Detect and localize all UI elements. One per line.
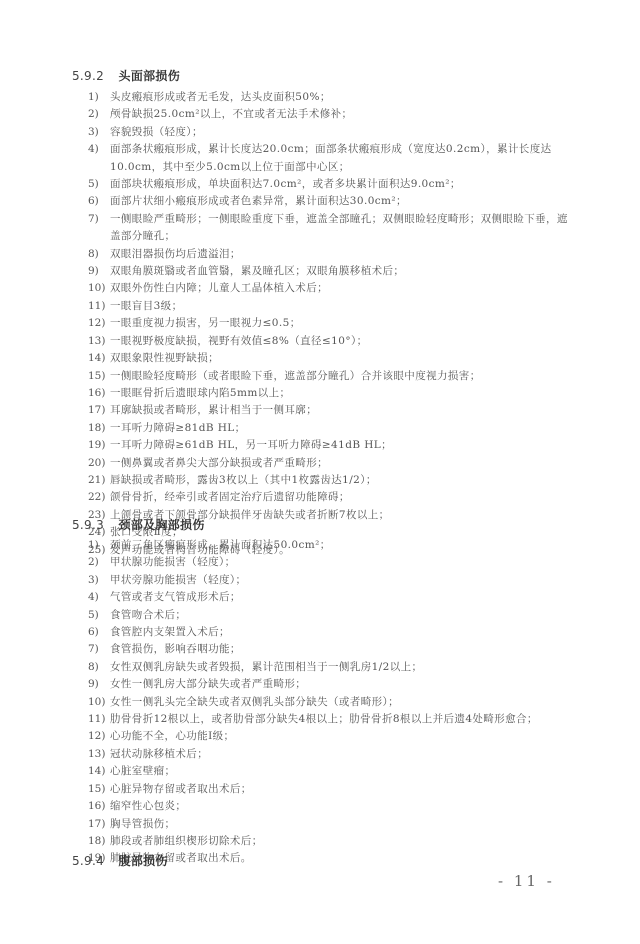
item-number: 7) [88, 641, 110, 658]
list-item: 5)面部块状瘢痕形成，单块面积达7.0cm²，或者多块累计面积达9.0cm²； [88, 176, 574, 193]
item-text: 颈前三角区瘢痕形成，累计面积达50.0cm²； [110, 537, 574, 554]
item-text: 肺脏异物存留或者取出术后。 [110, 850, 574, 867]
item-text: 一侧鼻翼或者鼻尖大部分缺损或者严重畸形； [110, 455, 574, 472]
list-item: 1)头皮瘢痕形成或者无毛发，达头皮面积50%； [88, 89, 574, 106]
item-number: 14) [88, 350, 110, 367]
item-number: 7) [88, 211, 110, 246]
section-title: 头面部损伤 [119, 69, 181, 83]
item-text: 面部块状瘢痕形成，单块面积达7.0cm²，或者多块累计面积达9.0cm²； [110, 176, 574, 193]
list-item: 13)冠状动脉移植术后； [88, 746, 574, 763]
item-text: 心脏异物存留或者取出术后； [110, 781, 574, 798]
list-item: 15)一侧眼睑轻度畸形（或者眼睑下垂，遮盖部分瞳孔）合并该眼中度视力损害； [88, 368, 574, 385]
list-item: 15)心脏异物存留或者取出术后； [88, 781, 574, 798]
list-item: 2)甲状腺功能损害（轻度）； [88, 554, 574, 571]
item-text: 女性一侧乳房大部分缺失或者严重畸形； [110, 676, 574, 693]
list-item: 6)食管腔内支架置入术后； [88, 624, 574, 641]
item-number: 19) [88, 437, 110, 454]
item-number: 9) [88, 676, 110, 693]
list-item: 3)甲状旁腺功能损害（轻度）； [88, 572, 574, 589]
item-number: 22) [88, 489, 110, 506]
section-list-5-9-2: 1)头皮瘢痕形成或者无毛发，达头皮面积50%；2)颅骨缺损25.0cm²以上，不… [88, 89, 574, 559]
list-item: 21)唇缺损或者畸形，露齿3枚以上（其中1枚露齿达1/2）； [88, 472, 574, 489]
item-number: 17) [88, 402, 110, 419]
item-number: 6) [88, 193, 110, 210]
item-number: 6) [88, 624, 110, 641]
list-item: 1)颈前三角区瘢痕形成，累计面积达50.0cm²； [88, 537, 574, 554]
list-item: 13)一眼视野极度缺损，视野有效值≤8%（直径≤10°）； [88, 333, 574, 350]
item-number: 15) [88, 368, 110, 385]
item-text: 肋骨骨折12根以上，或者肋骨部分缺失4根以上；肋骨骨折8根以上并后遗4处畸形愈合… [110, 711, 574, 728]
list-item: 8)女性双侧乳房缺失或者毁损，累计范围相当于一侧乳房1/2以上； [88, 659, 574, 676]
list-item: 7)食管损伤，影响吞咽功能； [88, 641, 574, 658]
item-number: 16) [88, 798, 110, 815]
list-item: 7)一侧眼睑严重畸形；一侧眼睑重度下垂，遮盖全部瞳孔；双侧眼睑轻度畸形；双侧眼睑… [88, 211, 574, 246]
item-number: 9) [88, 263, 110, 280]
item-number: 21) [88, 472, 110, 489]
list-item: 14)心脏室壁瘤； [88, 763, 574, 780]
item-text: 一耳听力障碍≥61dB HL，另一耳听力障碍≥41dB HL； [110, 437, 574, 454]
item-number: 14) [88, 763, 110, 780]
item-number: 11) [88, 298, 110, 315]
item-text: 女性双侧乳房缺失或者毁损，累计范围相当于一侧乳房1/2以上； [110, 659, 574, 676]
item-text: 双眼象限性视野缺损； [110, 350, 574, 367]
item-number: 10) [88, 280, 110, 297]
item-number: 10) [88, 694, 110, 711]
section-number: 5.9.2 [72, 69, 104, 83]
list-item: 17)胸导管损伤； [88, 816, 574, 833]
item-number: 12) [88, 728, 110, 745]
list-item: 22)颌骨骨折，经牵引或者固定治疗后遗留功能障碍； [88, 489, 574, 506]
list-item: 16)一眼眶骨折后遗眼球内陷5mm以上； [88, 385, 574, 402]
section-title: 颈部及胸部损伤 [119, 518, 205, 532]
list-item: 20)一侧鼻翼或者鼻尖大部分缺损或者严重畸形； [88, 455, 574, 472]
list-item: 11)肋骨骨折12根以上，或者肋骨部分缺失4根以上；肋骨骨折8根以上并后遗4处畸… [88, 711, 574, 728]
item-text: 颅骨缺损25.0cm²以上，不宜或者无法手术修补； [110, 106, 574, 123]
section-heading-5-9-2: 5.9.2 头面部损伤 [72, 67, 180, 84]
list-item: 16)缩窄性心包炎； [88, 798, 574, 815]
list-item: 9)双眼角膜斑翳或者血管翳，累及瞳孔区；双眼角膜移植术后； [88, 263, 574, 280]
item-number: 11) [88, 711, 110, 728]
list-item: 4)面部条状瘢痕形成，累计长度达20.0cm；面部条状瘢痕形成（宽度达0.2cm… [88, 141, 574, 176]
item-text: 面部条状瘢痕形成，累计长度达20.0cm；面部条状瘢痕形成（宽度达0.2cm），… [110, 141, 574, 176]
item-number: 15) [88, 781, 110, 798]
list-item: 19)一耳听力障碍≥61dB HL，另一耳听力障碍≥41dB HL； [88, 437, 574, 454]
list-item: 2)颅骨缺损25.0cm²以上，不宜或者无法手术修补； [88, 106, 574, 123]
section-title: 腹部损伤 [119, 854, 168, 868]
item-text: 头皮瘢痕形成或者无毛发，达头皮面积50%； [110, 89, 574, 106]
item-number: 17) [88, 816, 110, 833]
item-number: 8) [88, 659, 110, 676]
item-number: 8) [88, 246, 110, 263]
section-number: 5.9.4 [72, 854, 104, 868]
section-number: 5.9.3 [72, 518, 104, 532]
item-number: 3) [88, 124, 110, 141]
item-number: 18) [88, 420, 110, 437]
item-text: 双眼外伤性白内障；儿童人工晶体植入术后； [110, 280, 574, 297]
item-number: 13) [88, 746, 110, 763]
item-text: 甲状腺功能损害（轻度）； [110, 554, 574, 571]
list-item: 11)一眼盲目3级； [88, 298, 574, 315]
item-text: 心脏室壁瘤； [110, 763, 574, 780]
item-number: 16) [88, 385, 110, 402]
list-item: 8)双眼泪器损伤均后遗溢泪； [88, 246, 574, 263]
item-text: 唇缺损或者畸形，露齿3枚以上（其中1枚露齿达1/2）； [110, 472, 574, 489]
section-heading-5-9-4: 5.9.4 腹部损伤 [72, 852, 168, 869]
list-item: 10)女性一侧乳头完全缺失或者双侧乳头部分缺失（或者畸形）； [88, 694, 574, 711]
item-text: 双眼角膜斑翳或者血管翳，累及瞳孔区；双眼角膜移植术后； [110, 263, 574, 280]
section-list-5-9-3: 1)颈前三角区瘢痕形成，累计面积达50.0cm²；2)甲状腺功能损害（轻度）；3… [88, 537, 574, 868]
item-text: 一眼重度视力损害，另一眼视力≤0.5； [110, 315, 574, 332]
list-item: 12)心功能不全，心功能Ⅰ级； [88, 728, 574, 745]
list-item: 18)肺段或者肺组织楔形切除术后； [88, 833, 574, 850]
item-number: 4) [88, 589, 110, 606]
page-number: - 11 - [498, 872, 555, 890]
item-text: 颌骨骨折，经牵引或者固定治疗后遗留功能障碍； [110, 489, 574, 506]
item-number: 20) [88, 455, 110, 472]
list-item: 17)耳廓缺损或者畸形，累计相当于一侧耳廓； [88, 402, 574, 419]
item-number: 12) [88, 315, 110, 332]
item-text: 食管吻合术后； [110, 607, 574, 624]
list-item: 18)一耳听力障碍≥81dB HL； [88, 420, 574, 437]
list-item: 4)气管或者支气管成形术后； [88, 589, 574, 606]
section-heading-5-9-3: 5.9.3 颈部及胸部损伤 [72, 516, 205, 533]
document-page: 5.9.2 头面部损伤 1)头皮瘢痕形成或者无毛发，达头皮面积50%；2)颅骨缺… [0, 0, 640, 944]
item-number: 2) [88, 106, 110, 123]
list-item: 6)面部片状细小瘢痕形成或者色素异常，累计面积达30.0cm²； [88, 193, 574, 210]
item-text: 甲状旁腺功能损害（轻度）； [110, 572, 574, 589]
item-number: 5) [88, 607, 110, 624]
item-number: 1) [88, 537, 110, 554]
item-text: 食管损伤，影响吞咽功能； [110, 641, 574, 658]
list-item: 5)食管吻合术后； [88, 607, 574, 624]
item-text: 耳廓缺损或者畸形，累计相当于一侧耳廓； [110, 402, 574, 419]
item-text: 容貌毁损（轻度）； [110, 124, 574, 141]
item-text: 气管或者支气管成形术后； [110, 589, 574, 606]
list-item: 10)双眼外伤性白内障；儿童人工晶体植入术后； [88, 280, 574, 297]
item-text: 冠状动脉移植术后； [110, 746, 574, 763]
list-item: 14)双眼象限性视野缺损； [88, 350, 574, 367]
item-number: 3) [88, 572, 110, 589]
item-text: 一眼视野极度缺损，视野有效值≤8%（直径≤10°）； [110, 333, 574, 350]
list-item: 9)女性一侧乳房大部分缺失或者严重畸形； [88, 676, 574, 693]
item-number: 5) [88, 176, 110, 193]
item-text: 双眼泪器损伤均后遗溢泪； [110, 246, 574, 263]
item-text: 女性一侧乳头完全缺失或者双侧乳头部分缺失（或者畸形）； [110, 694, 574, 711]
item-text: 缩窄性心包炎； [110, 798, 574, 815]
list-item: 12)一眼重度视力损害，另一眼视力≤0.5； [88, 315, 574, 332]
item-text: 食管腔内支架置入术后； [110, 624, 574, 641]
item-text: 面部片状细小瘢痕形成或者色素异常，累计面积达30.0cm²； [110, 193, 574, 210]
item-text: 胸导管损伤； [110, 816, 574, 833]
item-text: 心功能不全，心功能Ⅰ级； [110, 728, 574, 745]
item-number: 18) [88, 833, 110, 850]
item-text: 一侧眼睑轻度畸形（或者眼睑下垂，遮盖部分瞳孔）合并该眼中度视力损害； [110, 368, 574, 385]
item-number: 1) [88, 89, 110, 106]
item-text: 一眼眶骨折后遗眼球内陷5mm以上； [110, 385, 574, 402]
item-text: 一侧眼睑严重畸形；一侧眼睑重度下垂，遮盖全部瞳孔；双侧眼睑轻度畸形；双侧眼睑下垂… [110, 211, 574, 246]
item-number: 2) [88, 554, 110, 571]
list-item: 3)容貌毁损（轻度）； [88, 124, 574, 141]
item-number: 4) [88, 141, 110, 176]
item-text: 一眼盲目3级； [110, 298, 574, 315]
item-number: 13) [88, 333, 110, 350]
item-text: 一耳听力障碍≥81dB HL； [110, 420, 574, 437]
item-text: 肺段或者肺组织楔形切除术后； [110, 833, 574, 850]
